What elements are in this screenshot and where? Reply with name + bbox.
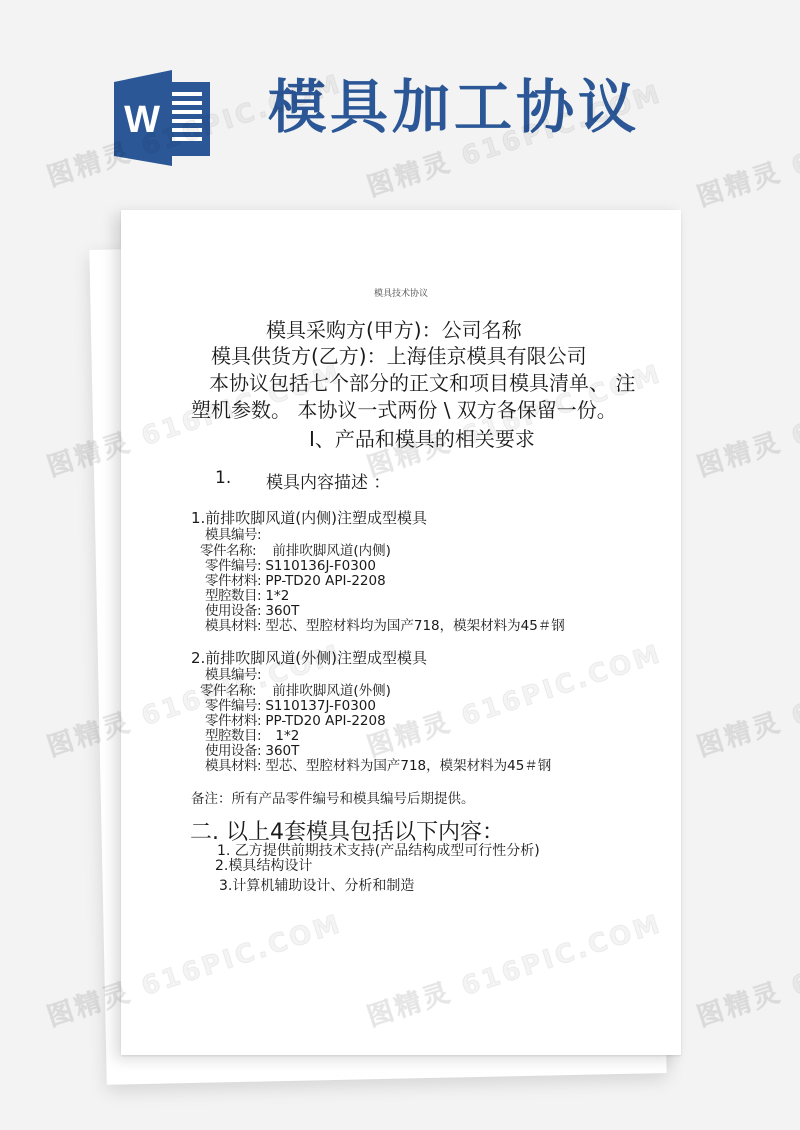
running-header: 模具技术协议 bbox=[121, 286, 681, 299]
document-page: 模具技术协议 模具采购方(甲方)：公司名称 模具供货方(乙方)：上海佳京模具有限… bbox=[121, 210, 681, 1055]
intro-line-4: 塑机参数。 本协议一式两份 \ 双方各保留一份。 bbox=[191, 397, 617, 423]
mold-2-field: 模具编号: bbox=[205, 668, 261, 683]
intro-line-3: 本协议包括七个部分的正文和项目模具清单、 注 bbox=[209, 370, 635, 396]
watermark: 图精灵 616PIC.COM bbox=[692, 903, 800, 1033]
mold-1-field: 零件材料: PP-TD20 API-2208 bbox=[205, 574, 386, 589]
mold-1-field: 型腔数目: 1*2 bbox=[205, 589, 289, 604]
word-icon: W bbox=[114, 70, 214, 166]
section-title: Ⅰ、产品和模具的相关要求 bbox=[309, 426, 535, 452]
mold-1-field: 使用设备: 360T bbox=[205, 604, 299, 619]
supplier-line: 模具供货方(乙方)：上海佳京模具有限公司 bbox=[211, 343, 587, 369]
watermark: 图精灵 616PIC.COM bbox=[692, 633, 800, 763]
part2-item: 3.计算机辅助设计、分析和制造 bbox=[219, 875, 414, 895]
svg-text:W: W bbox=[124, 99, 160, 141]
mold-1-field: 模具编号: bbox=[205, 528, 261, 543]
mold-2-heading: 2.前排吹脚风道(外侧)注塑成型模具 bbox=[191, 651, 427, 666]
subsection-number: 1. bbox=[215, 468, 231, 488]
mold-2-field: 零件材料: PP-TD20 API-2208 bbox=[205, 714, 386, 729]
mold-2-field: 使用设备: 360T bbox=[205, 744, 299, 759]
note: 备注：所有产品零件编号和模具编号后期提供。 bbox=[191, 792, 475, 807]
banner: W 模具加工协议 bbox=[0, 0, 800, 190]
mold-2-field: 零件名称: 前排吹脚风道(外侧) bbox=[200, 684, 391, 699]
mold-2-field: 型腔数目: 1*2 bbox=[205, 729, 299, 744]
mold-1-field: 零件名称: 前排吹脚风道(内侧) bbox=[200, 544, 391, 559]
part2-item: 2.模具结构设计 bbox=[215, 855, 312, 875]
subsection-title: 模具内容描述 ： bbox=[266, 468, 390, 493]
buyer-line: 模具采购方(甲方)：公司名称 bbox=[266, 317, 522, 343]
mold-1-field: 零件编号: S110136J-F0300 bbox=[205, 559, 376, 574]
banner-title: 模具加工协议 bbox=[268, 78, 640, 136]
mold-1-field: 模具材料: 型芯、型腔材料均为国产718，模架材料为45＃钢 bbox=[205, 619, 565, 634]
mold-2-field: 模具材料: 型芯、型腔材料为国产718，模架材料为45＃钢 bbox=[205, 759, 551, 774]
mold-2-field: 零件编号: S110137J-F0300 bbox=[205, 699, 376, 714]
watermark: 图精灵 616PIC.COM bbox=[692, 353, 800, 483]
mold-1-heading: 1.前排吹脚风道(内侧)注塑成型模具 bbox=[191, 511, 427, 526]
